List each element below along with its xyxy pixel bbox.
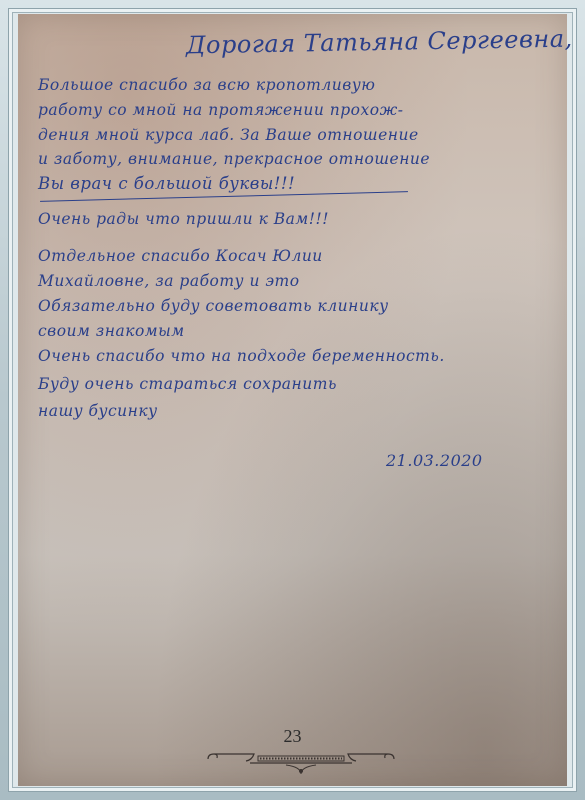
- letter-line-emphasis: Вы врач с большой буквы!!!: [38, 174, 295, 193]
- letter-line: и заботу, внимание, прекрасное отношение: [38, 150, 430, 168]
- letter-page: Дорогая Татьяна Сергеевна, Большое спаси…: [18, 14, 567, 786]
- letter-greeting: Дорогая Татьяна Сергеевна,: [186, 25, 573, 60]
- letter-date: 21.03.2020: [386, 451, 483, 470]
- page-number: 23: [18, 726, 567, 747]
- letter-line: дения мной курса лаб. За Ваше отношение: [38, 126, 419, 144]
- letter-line: Большое спасибо за всю кропотливую: [38, 76, 375, 94]
- page-ornament-icon: [206, 749, 396, 777]
- letter-line: Очень рады что пришли к Вам!!!: [38, 210, 329, 228]
- letter-line: Очень спасибо что на подходе беременност…: [38, 347, 445, 365]
- letter-line: Михайловне, за работу и это: [38, 272, 300, 290]
- letter-line: Буду очень стараться сохранить: [38, 375, 337, 393]
- letter-line: работу со мной на протяжении прохож-: [38, 101, 403, 119]
- letter-line: своим знакомым: [38, 322, 185, 340]
- letter-line: Отдельное спасибо Косач Юлии: [38, 247, 323, 265]
- letter-line: нашу бусинку: [38, 402, 158, 420]
- letter-line: Обязательно буду советовать клинику: [38, 297, 389, 315]
